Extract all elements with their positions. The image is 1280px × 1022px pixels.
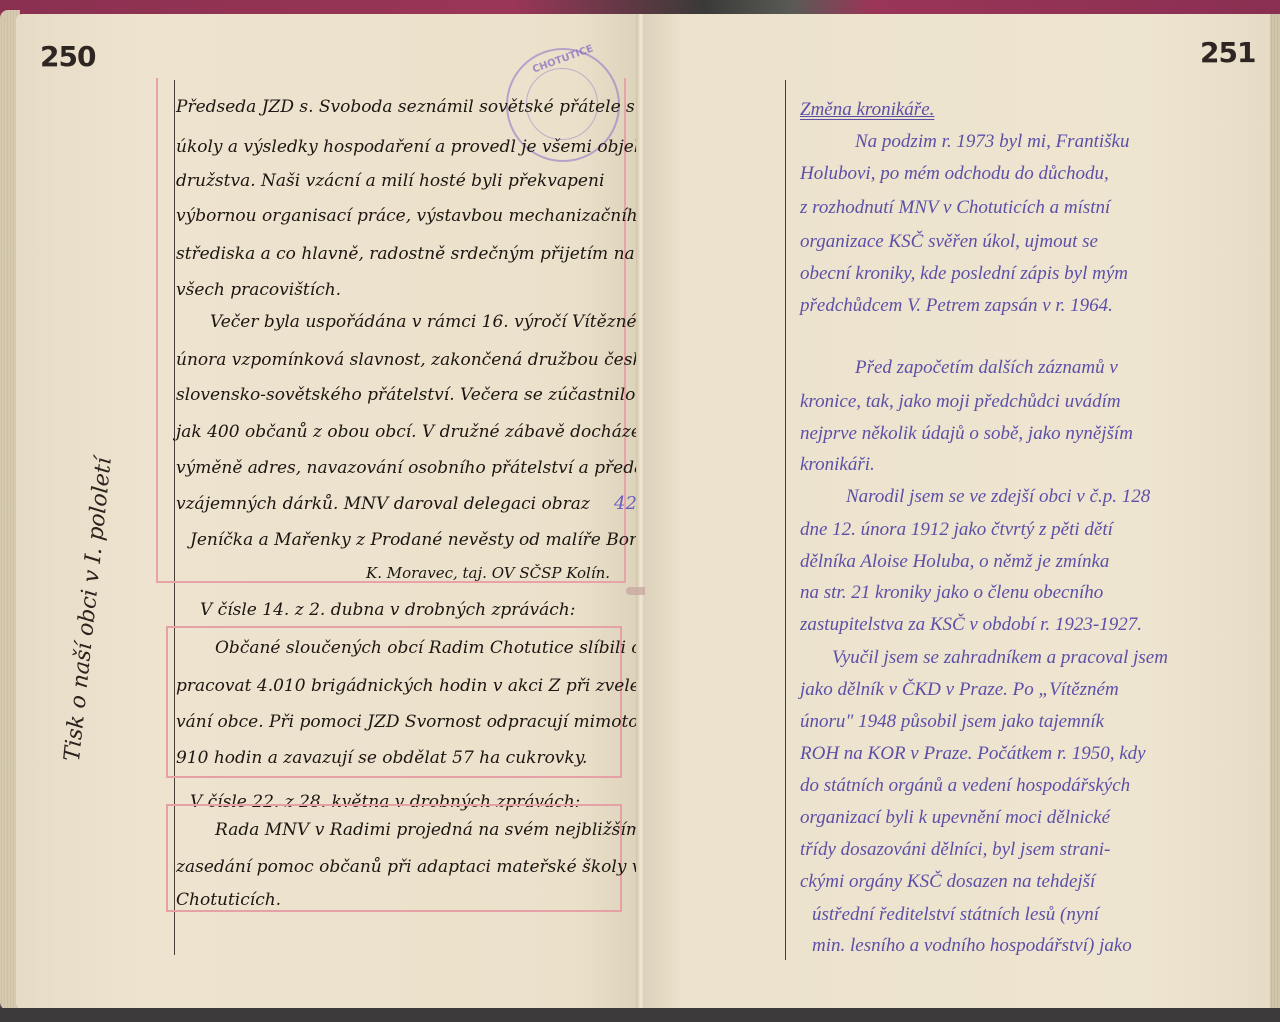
text-line: únoru" 1948 působil jsem jako tajemník xyxy=(800,712,1104,732)
text-line: předchůdcem V. Petrem zapsán v r. 1964. xyxy=(800,296,1113,316)
section-heading: Změna kronikáře. xyxy=(800,100,934,120)
text-line: ústřední ředitelství státních lesů (nyní xyxy=(812,905,1099,925)
text-line: třídy dosazováni dělníci, byl jsem stran… xyxy=(800,840,1110,860)
text-line: vání obce. Při pomoci JZD Svornost odpra… xyxy=(176,712,639,732)
text-line: střediska a co hlavně, radostně srdečným… xyxy=(176,244,635,264)
section-2-intro: V čísle 14. z 2. dubna v drobných zprává… xyxy=(200,600,576,620)
text-line: ckými orgány KSČ dosazen na tehdejší xyxy=(800,872,1095,892)
text-line: družstva. Naši vzácní a milí hosté byli … xyxy=(176,171,604,191)
text-line: Narodil jsem se ve zdejší obci v č.p. 12… xyxy=(846,487,1150,507)
text-line: z rozhodnutí MNV v Chotuticích a místní xyxy=(800,198,1110,218)
text-line: úkoly a výsledky hospodaření a provedl j… xyxy=(176,137,661,157)
text-line: kronice, tak, jako moji předchůdci uvádí… xyxy=(800,392,1121,412)
text-line: zasedání pomoc občanů při adaptaci mateř… xyxy=(176,857,641,877)
text-line: zastupitelstva za KSČ v období r. 1923-1… xyxy=(800,615,1142,635)
text-line: kronikáři. xyxy=(800,455,875,475)
text-line: obecní kroniky, kde poslední zápis byl m… xyxy=(800,264,1128,284)
clipping-border-left xyxy=(156,78,158,583)
text-line: výbornou organisací práce, výstavbou mec… xyxy=(176,206,648,226)
blue-annotation: 42 xyxy=(614,493,637,514)
text-line: organizací byli k upevnění moci dělnické xyxy=(800,808,1110,828)
text-line: Holubovi, po mém odchodu do důchodu, xyxy=(800,164,1109,184)
page-stack-right xyxy=(1270,14,1280,1009)
text-line: všech pracovištích. xyxy=(176,280,341,300)
text-line: Jeníčka a Mařenky z Prodané nevěsty od m… xyxy=(190,530,663,550)
text-line: výměně adres, navazování osobního přátel… xyxy=(176,458,661,478)
text-line: jako dělník v ČKD v Praze. Po „Vítězném xyxy=(800,680,1119,700)
text-line: Večer byla uspořádána v rámci 16. výročí… xyxy=(210,312,658,332)
text-line: Vyučil jsem se zahradníkem a pracoval js… xyxy=(832,648,1168,668)
text-line: jak 400 občanů z obou obcí. V družné záb… xyxy=(176,422,672,442)
text-line: na str. 21 kroniky jako o členu obecního xyxy=(800,583,1103,603)
text-line: do státních orgánů a vedení hospodářskýc… xyxy=(800,776,1130,796)
text-line: 910 hodin a zavazují se obdělat 57 ha cu… xyxy=(176,748,587,768)
text-line: Rada MNV v Radimi projedná na svém nejbl… xyxy=(215,820,642,840)
right-margin-rule xyxy=(785,80,786,960)
text-line: Občané sloučených obcí Radim Chotutice s… xyxy=(215,638,658,658)
text-line: nejprve několik údajů o sobě, jako nyněj… xyxy=(800,424,1133,444)
text-line: vzájemných dárků. MNV daroval delegaci o… xyxy=(176,494,590,514)
page-number-left: 250 xyxy=(40,40,95,73)
signature: K. Moravec, taj. OV SČSP Kolín. xyxy=(366,563,610,583)
text-line: Před započetím dalších záznamů v xyxy=(855,358,1118,378)
text-line: slovensko-sovětského přátelství. Večera … xyxy=(176,385,675,405)
text-line: min. lesního a vodního hospodářství) jak… xyxy=(812,936,1132,956)
text-line: pracovat 4.010 brigádnických hodin v akc… xyxy=(176,676,667,696)
text-line: února vzpomínková slavnost, zakončená dr… xyxy=(176,350,659,370)
text-line: organizace KSČ svěřen úkol, ujmout se xyxy=(800,232,1098,252)
page-number-right: 251 xyxy=(1200,36,1255,69)
text-line: ROH na KOR v Praze. Počátkem r. 1950, kd… xyxy=(800,744,1146,764)
text-line: dělníka Aloise Holuba, o němž je zmínka xyxy=(800,552,1109,572)
book-cover-bottom xyxy=(0,1008,1280,1022)
text-line: Na podzim r. 1973 byl mi, Františku xyxy=(855,132,1129,152)
text-line: dne 12. února 1912 jako čtvrtý z pěti dě… xyxy=(800,520,1113,540)
text-line: Chotuticích. xyxy=(176,890,281,910)
